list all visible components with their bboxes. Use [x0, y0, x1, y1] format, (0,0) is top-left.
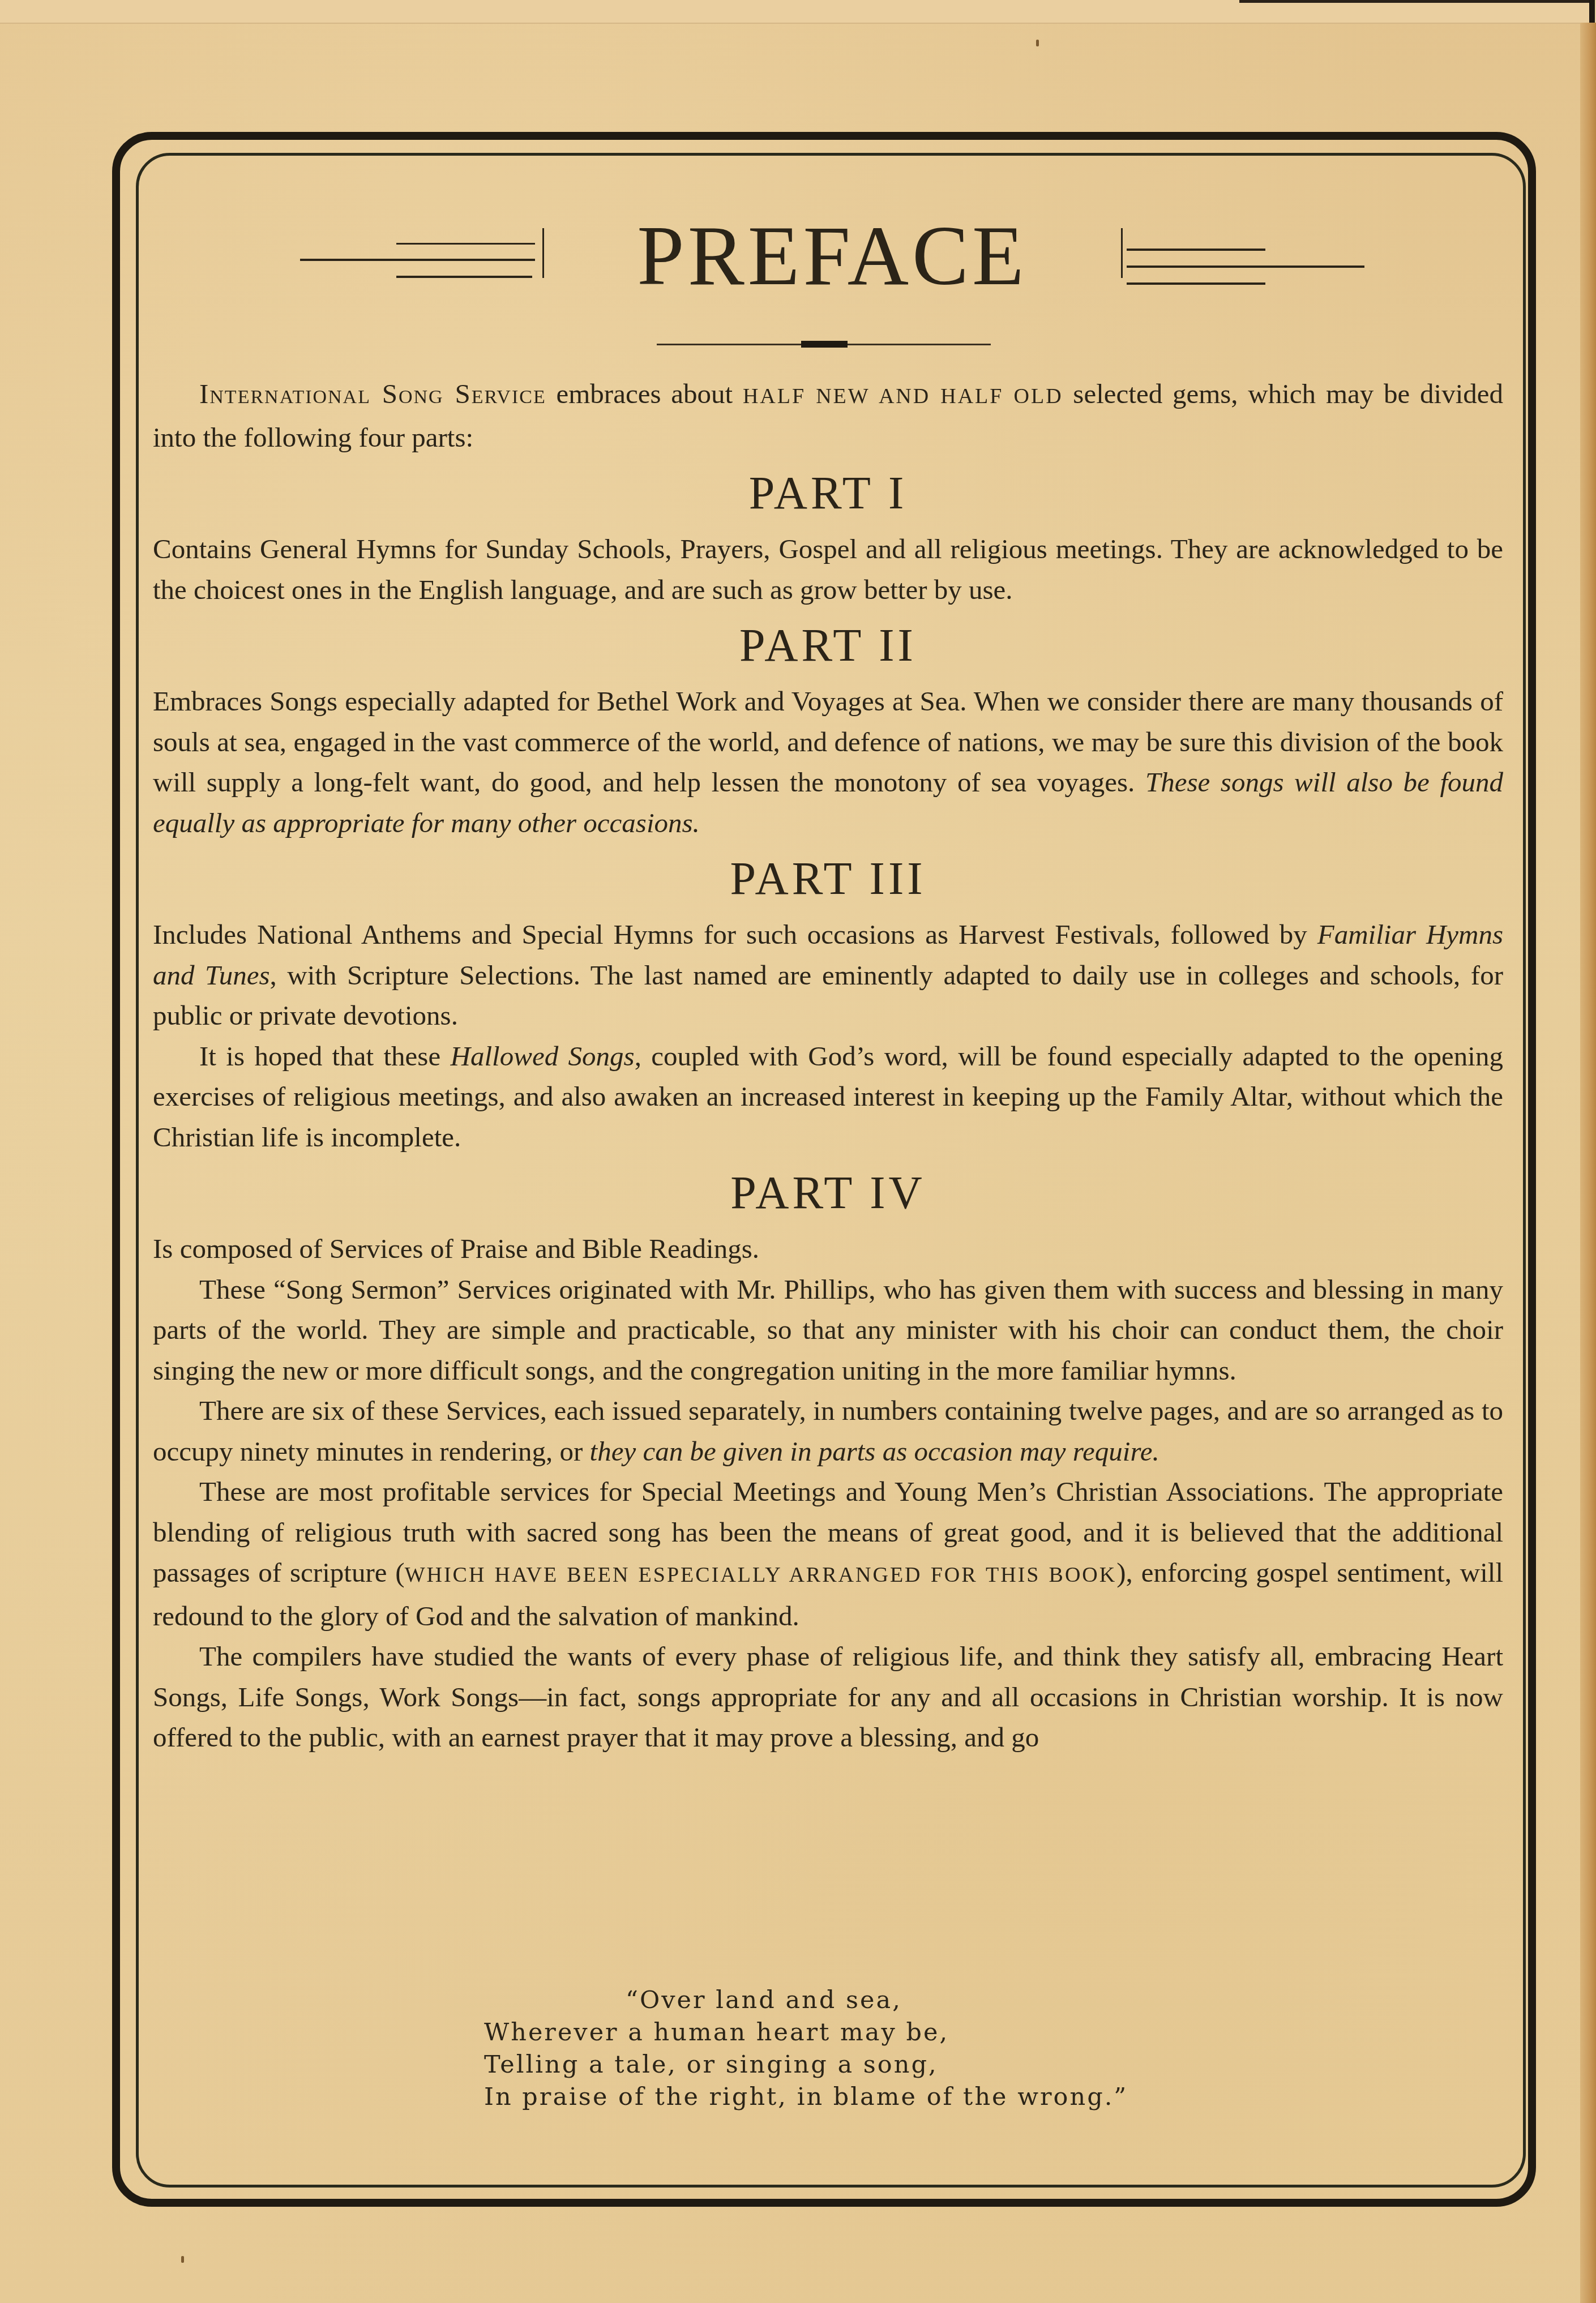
- half-new-half-old: half new and half old: [743, 384, 1063, 408]
- page-title: PREFACE: [569, 213, 1096, 298]
- title-rules-left-ornament: [300, 218, 544, 292]
- part-4-heading: PART IV: [153, 1170, 1503, 1216]
- book-spine-edge: [1580, 23, 1596, 2303]
- verse-line: “Over land and sea,: [484, 1984, 1390, 2017]
- title-divider-ornament: [657, 341, 991, 349]
- part-4-paragraph: There are six of these Services, each is…: [153, 1390, 1503, 1471]
- part-4-paragraph: The compilers have studied the wants of …: [153, 1636, 1503, 1758]
- paper-speck: [1036, 40, 1039, 46]
- paper-speck: [181, 2256, 184, 2263]
- book-title: International Song Service: [199, 378, 546, 409]
- part-3-paragraph: Includes National Anthems and Special Hy…: [153, 914, 1503, 1036]
- title-rules-right-ornament: [1121, 218, 1364, 292]
- part-3-heading: PART III: [153, 855, 1503, 902]
- closing-verse: “Over land and sea, Wherever a human hea…: [484, 1984, 1390, 2113]
- part-2-heading: PART II: [153, 622, 1503, 669]
- verse-line: Wherever a human heart may be,: [484, 2017, 1390, 2049]
- verse-line: Telling a tale, or singing a song,: [484, 2049, 1390, 2081]
- part-4-paragraph: These are most profitable services for S…: [153, 1471, 1503, 1636]
- intro-paragraph: International Song Service embraces abou…: [153, 374, 1503, 457]
- preface-body: International Song Service embraces abou…: [153, 374, 1503, 1758]
- title-block: PREFACE: [300, 218, 1364, 292]
- top-right-rule: [1239, 0, 1590, 3]
- part-4-paragraph: Is composed of Services of Praise and Bi…: [153, 1228, 1503, 1269]
- part-2-paragraph: Embraces Songs especially adapted for Be…: [153, 681, 1503, 843]
- part-1-paragraph: Contains General Hymns for Sunday School…: [153, 529, 1503, 610]
- verse-line: In praise of the right, in blame of the …: [484, 2081, 1390, 2113]
- part-1-heading: PART I: [153, 470, 1503, 516]
- page-top-edge: [0, 0, 1596, 24]
- part-4-paragraph: These “Song Sermon” Services originated …: [153, 1269, 1503, 1391]
- part-3-paragraph: It is hoped that these Hallowed Songs, c…: [153, 1036, 1503, 1158]
